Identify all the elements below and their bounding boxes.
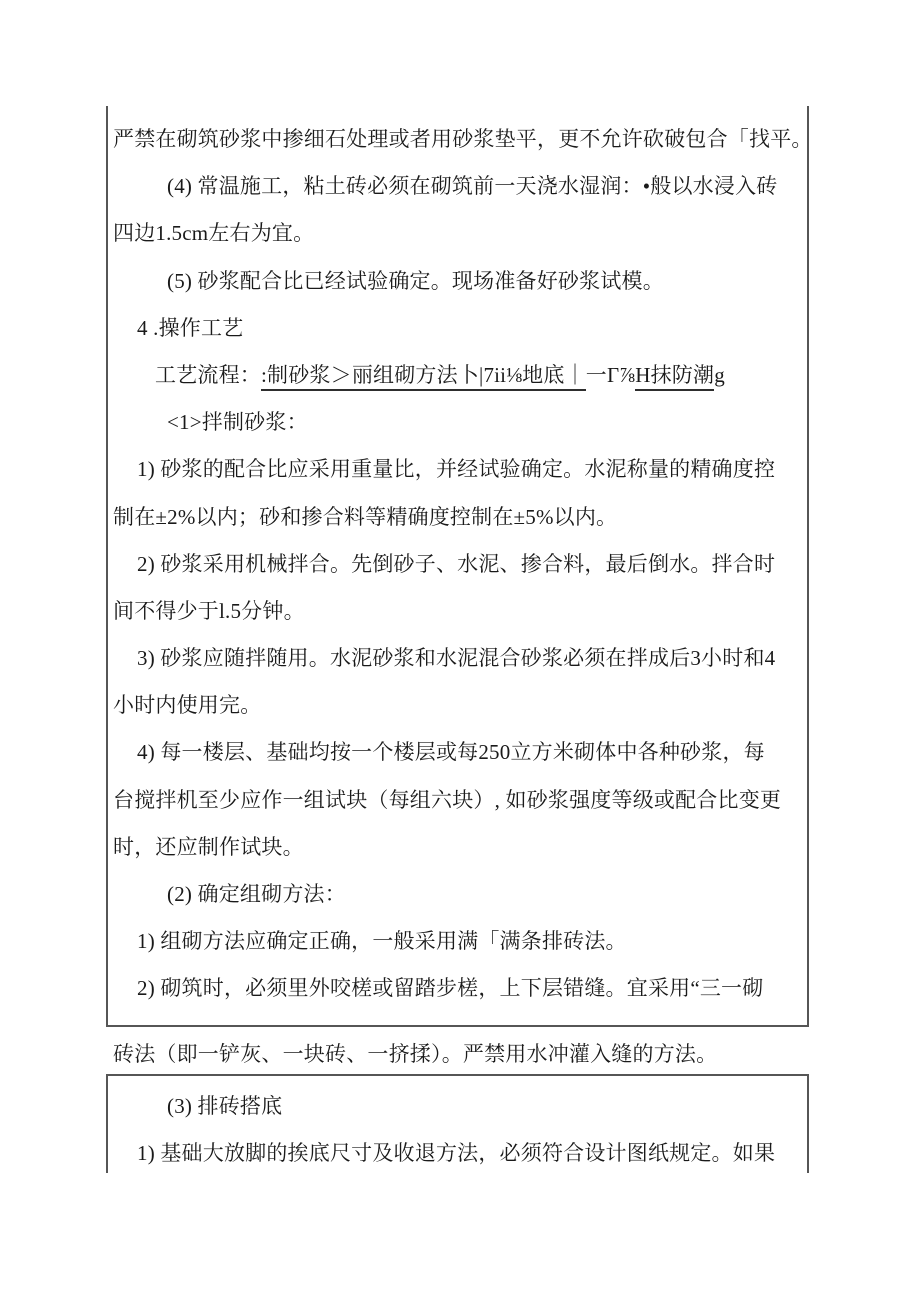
flow-segment-underlined: :制砂浆＞丽组砌方法卜|7ii⅛地底｜	[261, 363, 586, 391]
flow-segment: 一Γ⅞	[586, 363, 636, 387]
between-cells-text: 砖法（即一铲灰、一块砖、一挤揉）。严禁用水冲灌入缝的方法。	[113, 1031, 805, 1078]
text-line: <1>拌制砂浆：	[113, 399, 805, 446]
text-line: 间不得少于l.5分钟。	[113, 588, 805, 635]
text-line: 1) 基础大放脚的挨底尺寸及收退方法，必须符合设计图纸规定。如果	[113, 1130, 805, 1177]
text-line: 1) 组砌方法应确定正确，一般采用满「满条排砖法。	[113, 918, 805, 965]
flow-segment-underlined: H抹防潮	[635, 363, 714, 391]
process-flow-line: 工艺流程：:制砂浆＞丽组砌方法卜|7ii⅛地底｜一Γ⅞H抹防潮g	[113, 352, 805, 399]
text-line: 1) 砂浆的配合比应采用重量比，并经试验确定。水泥称量的精确度控	[113, 446, 805, 493]
lower-cell-text: (3) 排砖搭底 1) 基础大放脚的挨底尺寸及收退方法，必须符合设计图纸规定。如…	[113, 1083, 805, 1177]
text-line: 制在±2%以内；砂和掺合料等精确度控制在±5%以内。	[113, 494, 805, 541]
text-line: (5) 砂浆配合比已经试验确定。现场准备好砂浆试模。	[113, 258, 805, 305]
scanned-document-page: 严禁在砌筑砂浆中掺细石处理或者用砂浆垫平，更不允许砍破包合「找平。 (4) 常温…	[0, 0, 920, 1301]
text-line: (4) 常温施工，粘土砖必须在砌筑前一天浇水湿润：•般以水浸入砖	[113, 163, 805, 210]
flow-segment: 工艺流程：	[155, 363, 261, 387]
upper-cell-text: 严禁在砌筑砂浆中掺细石处理或者用砂浆垫平，更不允许砍破包合「找平。 (4) 常温…	[113, 116, 805, 1013]
text-line: 四边1.5cm左右为宜。	[113, 210, 805, 257]
text-line: 小时内使用完。	[113, 682, 805, 729]
text-line: 时，还应制作试块。	[113, 824, 805, 871]
text-line: 3) 砂浆应随拌随用。水泥砂浆和水泥混合砂浆必须在拌成后3小时和4	[113, 635, 805, 682]
text-line: 2) 砌筑时，必须里外咬槎或留踏步槎，上下层错缝。宜采用“三一砌	[113, 965, 805, 1012]
text-line: 砖法（即一铲灰、一块砖、一挤揉）。严禁用水冲灌入缝的方法。	[113, 1031, 805, 1078]
text-line: 台搅拌机至少应作一组试块（每组六块）, 如砂浆强度等级或配合比变更	[113, 777, 805, 824]
text-line: 严禁在砌筑砂浆中掺细石处理或者用砂浆垫平，更不允许砍破包合「找平。	[113, 116, 805, 163]
flow-segment: g	[714, 363, 725, 387]
text-line: (3) 排砖搭底	[113, 1083, 805, 1130]
text-line: 4) 每一楼层、基础均按一个楼层或每250立方米砌体中各种砂浆，每	[113, 729, 805, 776]
text-line: 2) 砂浆采用机械拌合。先倒砂子、水泥、掺合料，最后倒水。拌合时	[113, 541, 805, 588]
text-line: (2) 确定组砌方法：	[113, 871, 805, 918]
section-heading-line: 4 .操作工艺	[113, 305, 805, 352]
